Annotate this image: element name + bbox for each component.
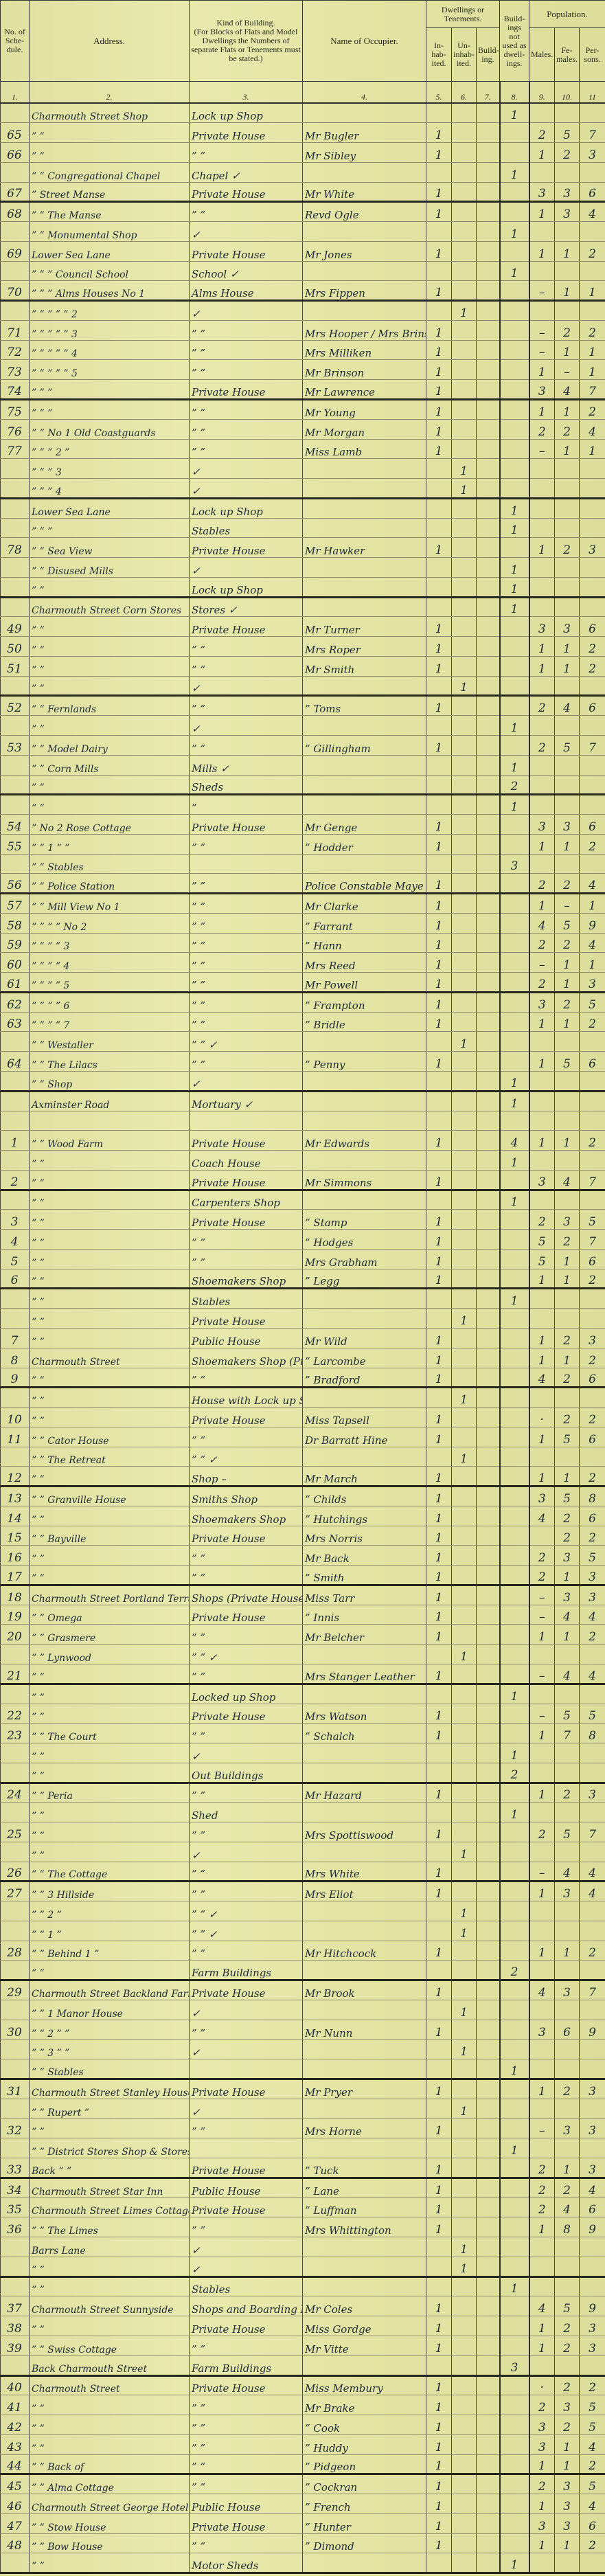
building-cell — [477, 1487, 500, 1506]
persons-cell — [580, 1803, 605, 1822]
males-cell: 3 — [529, 182, 555, 202]
males-cell: 2 — [529, 419, 555, 439]
uninhabited-cell — [452, 1566, 477, 1585]
males-cell: 4 — [529, 1368, 555, 1388]
males-cell: 2 — [529, 1822, 555, 1842]
schedule-number: 10 — [1, 1408, 30, 1427]
inhabited-cell — [426, 518, 452, 538]
building-cell — [477, 498, 500, 518]
building-cell — [477, 1684, 500, 1704]
not-used-cell: 3 — [500, 854, 529, 874]
persons-cell — [580, 162, 605, 182]
table-row: ” ”Shed1 — [1, 1803, 605, 1822]
occupier-name-cell: ” Childs — [303, 1487, 426, 1506]
males-cell: – — [529, 281, 555, 301]
table-row: Barrs Lane✓1 — [1, 2237, 605, 2257]
schedule-number: 61 — [1, 973, 30, 993]
col-num: 9. — [529, 82, 555, 104]
schedule-number: 25 — [1, 1822, 30, 1842]
males-cell — [529, 1111, 555, 1131]
uninhabited-cell — [452, 2158, 477, 2178]
females-cell: 1 — [555, 2454, 580, 2474]
address-cell: ” ” Model Dairy — [30, 736, 190, 756]
persons-cell: 5 — [580, 2474, 605, 2494]
occupier-name-cell: Dr Barratt Hine — [303, 1427, 426, 1447]
females-cell — [555, 1091, 580, 1111]
kind-of-building-cell: Private House — [190, 2079, 303, 2099]
kind-of-building-cell — [190, 1111, 303, 1131]
table-row: ” ” Congregational ChapelChapel ✓1 — [1, 162, 605, 182]
schedule-number: 15 — [1, 1526, 30, 1546]
building-cell — [477, 2375, 500, 2395]
persons-cell — [580, 676, 605, 696]
males-cell: 1 — [529, 1467, 555, 1487]
table-row: 73” ” ” ” ” 5” ”Mr Brinson11–1 — [1, 360, 605, 380]
uninhabited-cell — [452, 1585, 477, 1605]
not-used-cell: 1 — [500, 1803, 529, 1822]
inhabited-cell: 1 — [426, 538, 452, 558]
not-used-cell — [500, 1447, 529, 1467]
males-cell: 4 — [529, 2296, 555, 2316]
table-row: 65” ”Private HouseMr Bugler1257 — [1, 123, 605, 143]
building-cell — [477, 2276, 500, 2296]
inhabited-cell: 1 — [426, 202, 452, 222]
schedule-number: 54 — [1, 815, 30, 835]
building-cell — [477, 953, 500, 973]
table-row: 28” ” Behind 1 ”” ”Mr Hitchcock1112 — [1, 1941, 605, 1961]
kind-of-building-cell: Private House — [190, 182, 303, 202]
persons-cell: 4 — [580, 1862, 605, 1882]
males-cell: 1 — [529, 1012, 555, 1032]
males-cell — [529, 1032, 555, 1052]
occupier-name-cell — [303, 1151, 426, 1171]
not-used-cell — [500, 637, 529, 657]
males-cell — [529, 103, 555, 123]
building-cell — [477, 2237, 500, 2257]
females-cell: 2 — [555, 1230, 580, 1250]
occupier-name-cell — [303, 479, 426, 499]
header-dwellings: Dwellings or Tenements. — [426, 1, 500, 28]
kind-of-building-cell: ” ” — [190, 834, 303, 854]
not-used-cell: 1 — [500, 1091, 529, 1111]
inhabited-cell: 1 — [426, 736, 452, 756]
table-row: ” ” Rupert ”✓1 — [1, 2099, 605, 2119]
uninhabited-cell — [452, 2296, 477, 2316]
building-cell — [477, 1724, 500, 1743]
inhabited-cell — [426, 2355, 452, 2375]
not-used-cell — [500, 143, 529, 163]
kind-of-building-cell: ✓ — [190, 479, 303, 499]
uninhabited-cell — [452, 1803, 477, 1822]
uninhabited-cell — [452, 558, 477, 578]
females-cell: 5 — [555, 123, 580, 143]
uninhabited-cell: 1 — [452, 2099, 477, 2119]
males-cell: 1 — [529, 360, 555, 380]
address-cell: ” ” Monumental Shop — [30, 222, 190, 242]
uninhabited-cell — [452, 1328, 477, 1348]
females-cell: 4 — [555, 696, 580, 716]
building-cell — [477, 696, 500, 716]
building-cell — [477, 913, 500, 933]
address-cell: ” ” — [30, 2257, 190, 2276]
persons-cell: 4 — [580, 419, 605, 439]
kind-of-building-cell: ” ” — [190, 419, 303, 439]
building-cell — [477, 775, 500, 795]
building-cell — [477, 1526, 500, 1546]
building-cell — [477, 1763, 500, 1783]
building-cell — [477, 1427, 500, 1447]
address-cell: ” ” Behind 1 ” — [30, 1941, 190, 1961]
occupier-name-cell: Mr Simmons — [303, 1170, 426, 1190]
males-cell: 2 — [529, 2178, 555, 2197]
persons-cell: 1 — [580, 360, 605, 380]
males-cell — [529, 162, 555, 182]
building-cell — [477, 2099, 500, 2119]
address-cell: ” ” ” 3 — [30, 459, 190, 479]
persons-cell: 4 — [580, 933, 605, 953]
table-row: 31Charmouth Street Stanley HousePrivate … — [1, 2079, 605, 2099]
not-used-cell — [500, 1506, 529, 1526]
persons-cell: 1 — [580, 281, 605, 301]
table-row: 75” ” ”” ”Mr Young1112 — [1, 399, 605, 419]
address-cell: Charmouth Street Limes Cottage — [30, 2197, 190, 2217]
males-cell — [529, 1447, 555, 1467]
schedule-number: 69 — [1, 241, 30, 261]
building-cell — [477, 1328, 500, 1348]
occupier-name-cell: Mrs Grabham — [303, 1249, 426, 1269]
persons-cell — [580, 1091, 605, 1111]
kind-of-building-cell: ✓ — [190, 301, 303, 321]
building-cell — [477, 2316, 500, 2336]
inhabited-cell — [426, 2059, 452, 2079]
inhabited-cell: 1 — [426, 1269, 452, 1289]
males-cell — [529, 459, 555, 479]
kind-of-building-cell: Farm Buildings — [190, 1961, 303, 1980]
persons-cell: 1 — [580, 894, 605, 914]
females-cell — [555, 1032, 580, 1052]
not-used-cell — [500, 2040, 529, 2059]
females-cell — [555, 459, 580, 479]
table-row: 36” ” The Limes” ”Mrs Whittington1189 — [1, 2217, 605, 2237]
males-cell — [529, 1289, 555, 1309]
males-cell: 1 — [529, 202, 555, 222]
inhabited-cell: 1 — [426, 2415, 452, 2435]
females-cell: 5 — [555, 1427, 580, 1447]
table-body: Charmouth Street ShopLock up Shop165” ”P… — [1, 103, 605, 2573]
persons-cell — [580, 1289, 605, 1309]
not-used-cell — [500, 2474, 529, 2494]
persons-cell: 2 — [580, 320, 605, 340]
not-used-cell — [500, 182, 529, 202]
address-cell: ” ” — [30, 1743, 190, 1763]
occupier-name-cell: Mrs Hooper / Mrs Brinson — [303, 320, 426, 340]
not-used-cell: 3 — [500, 2355, 529, 2375]
uninhabited-cell — [452, 2138, 477, 2158]
kind-of-building-cell: Sheds — [190, 775, 303, 795]
kind-of-building-cell: ” ” — [190, 696, 303, 716]
occupier-name-cell: Mr Powell — [303, 973, 426, 993]
uninhabited-cell — [452, 1605, 477, 1625]
schedule-number: 71 — [1, 320, 30, 340]
kind-of-building-cell: ” ” — [190, 1882, 303, 1901]
females-cell — [555, 2276, 580, 2296]
table-row: ” ” 2 ”” ” ✓1 — [1, 1901, 605, 1921]
not-used-cell — [500, 1941, 529, 1961]
males-cell: 1 — [529, 834, 555, 854]
building-cell — [477, 2513, 500, 2533]
col-num: 7. — [477, 82, 500, 104]
males-cell: – — [529, 1704, 555, 1724]
inhabited-cell: 1 — [426, 2375, 452, 2395]
building-cell — [477, 459, 500, 479]
kind-of-building-cell: ” ” — [190, 2336, 303, 2356]
males-cell: 3 — [529, 1170, 555, 1190]
inhabited-cell: 1 — [426, 2217, 452, 2237]
table-row: 17” ”” ”” Smith1213 — [1, 1566, 605, 1585]
females-cell: 1 — [555, 1566, 580, 1585]
persons-cell — [580, 1111, 605, 1131]
females-cell: 2 — [555, 2415, 580, 2435]
occupier-name-cell: ” Smith — [303, 1566, 426, 1585]
inhabited-cell — [426, 479, 452, 499]
table-row: 41” ”” ”Mr Brake1235 — [1, 2395, 605, 2415]
not-used-cell: 1 — [500, 518, 529, 538]
building-cell — [477, 577, 500, 597]
col-num: 10. — [555, 82, 580, 104]
schedule-number: 56 — [1, 874, 30, 894]
occupier-name-cell — [303, 1309, 426, 1329]
not-used-cell — [500, 1921, 529, 1941]
not-used-cell — [500, 2237, 529, 2257]
kind-of-building-cell: House with Lock up Shop (struck) — [190, 1388, 303, 1408]
uninhabited-cell — [452, 2336, 477, 2356]
males-cell — [529, 1190, 555, 1210]
males-cell: 1 — [529, 1328, 555, 1348]
males-cell: 5 — [529, 1230, 555, 1250]
uninhabited-cell — [452, 162, 477, 182]
uninhabited-cell — [452, 696, 477, 716]
inhabited-cell: 1 — [426, 1941, 452, 1961]
kind-of-building-cell: ” ” — [190, 2434, 303, 2454]
occupier-name-cell: Mr Coles — [303, 2296, 426, 2316]
inhabited-cell — [426, 1901, 452, 1921]
schedule-number — [1, 1645, 30, 1664]
occupier-name-cell: ” Bradford — [303, 1368, 426, 1388]
uninhabited-cell — [452, 1467, 477, 1487]
persons-cell — [580, 2355, 605, 2375]
uninhabited-cell — [452, 1072, 477, 1092]
males-cell: – — [529, 320, 555, 340]
persons-cell: 3 — [580, 2316, 605, 2336]
address-cell: ” ” — [30, 676, 190, 696]
females-cell: 2 — [555, 1526, 580, 1546]
schedule-number: 60 — [1, 953, 30, 973]
address-cell: ” ” — [30, 2395, 190, 2415]
schedule-number: 51 — [1, 656, 30, 676]
kind-of-building-cell: ✓ — [190, 1743, 303, 1763]
building-cell — [477, 1743, 500, 1763]
inhabited-cell — [426, 459, 452, 479]
males-cell: 1 — [529, 2217, 555, 2237]
uninhabited-cell — [452, 399, 477, 419]
not-used-cell: 1 — [500, 1289, 529, 1309]
not-used-cell — [500, 360, 529, 380]
males-cell: 1 — [529, 538, 555, 558]
census-table: No. of Sche- dule. Address. Kind of Buil… — [0, 0, 605, 2574]
building-cell — [477, 874, 500, 894]
kind-of-building-cell: ” — [190, 795, 303, 815]
occupier-name-cell — [303, 716, 426, 736]
table-row: 63” ” ” ” 7” ”” Bridle1112 — [1, 1012, 605, 1032]
females-cell: 4 — [555, 380, 580, 400]
table-row: ” ”✓1 — [1, 1743, 605, 1763]
table-row: 20” ” Grasmere” ”Mr Belcher1112 — [1, 1625, 605, 1645]
persons-cell: 6 — [580, 2513, 605, 2533]
inhabited-cell — [426, 2276, 452, 2296]
uninhabited-cell — [452, 1862, 477, 1882]
females-cell: 1 — [555, 1131, 580, 1151]
table-row — [1, 1111, 605, 1131]
kind-of-building-cell: Shoemakers Shop — [190, 1506, 303, 1526]
uninhabited-cell — [452, 2513, 477, 2533]
kind-of-building-cell: Mortuary ✓ — [190, 1091, 303, 1111]
table-row: 37Charmouth Street SunnysideShops and Bo… — [1, 2296, 605, 2316]
address-cell: ” ” — [30, 1684, 190, 1704]
table-row: 8Charmouth StreetShoemakers Shop (Privat… — [1, 1348, 605, 1368]
address-cell: ” ” — [30, 1170, 190, 1190]
females-cell — [555, 1842, 580, 1862]
address-cell: ” ” Bow House — [30, 2533, 190, 2553]
persons-cell: 6 — [580, 815, 605, 835]
uninhabited-cell — [452, 1625, 477, 1645]
schedule-number: 12 — [1, 1467, 30, 1487]
inhabited-cell: 1 — [426, 656, 452, 676]
occupier-name-cell: ” Lane — [303, 2178, 426, 2197]
schedule-number — [1, 1032, 30, 1052]
schedule-number: 62 — [1, 992, 30, 1012]
building-cell — [477, 637, 500, 657]
occupier-name-cell: Mrs Horne — [303, 2119, 426, 2138]
females-cell: 2 — [555, 2336, 580, 2356]
column-numbers: 1. 2. 3. 4. 5. 6. 7. 8. 9. 10. 11 — [1, 82, 605, 104]
uninhabited-cell — [452, 1941, 477, 1961]
address-cell: ” ” Alma Cottage — [30, 2474, 190, 2494]
building-cell — [477, 617, 500, 637]
uninhabited-cell — [452, 380, 477, 400]
persons-cell — [580, 1447, 605, 1467]
schedule-number — [1, 479, 30, 499]
females-cell: 2 — [555, 1368, 580, 1388]
uninhabited-cell: 1 — [452, 301, 477, 321]
table-row: 62” ” ” ” 6” ”” Frampton1325 — [1, 992, 605, 1012]
occupier-name-cell — [303, 261, 426, 281]
persons-cell: 2 — [580, 2375, 605, 2395]
uninhabited-cell — [452, 439, 477, 459]
schedule-number: 17 — [1, 1566, 30, 1585]
address-cell: Charmouth Street Stanley House — [30, 2079, 190, 2099]
schedule-number — [1, 1072, 30, 1092]
females-cell — [555, 755, 580, 775]
persons-cell: 2 — [580, 1269, 605, 1289]
not-used-cell — [500, 1230, 529, 1250]
occupier-name-cell: ” Larcombe — [303, 1348, 426, 1368]
uninhabited-cell — [452, 360, 477, 380]
not-used-cell — [500, 2316, 529, 2336]
schedule-number: 74 — [1, 380, 30, 400]
females-cell: 2 — [555, 2375, 580, 2395]
table-row: ” ””1 — [1, 795, 605, 815]
uninhabited-cell — [452, 143, 477, 163]
females-cell: 1 — [555, 241, 580, 261]
persons-cell — [580, 716, 605, 736]
persons-cell: 5 — [580, 1704, 605, 1724]
females-cell — [555, 1684, 580, 1704]
persons-cell: 5 — [580, 1210, 605, 1230]
persons-cell: 2 — [580, 399, 605, 419]
header-occupier: Name of Occupier. — [303, 1, 426, 82]
schedule-number — [1, 1111, 30, 1131]
females-cell — [555, 1645, 580, 1664]
kind-of-building-cell: ” ” ✓ — [190, 1901, 303, 1921]
uninhabited-cell — [452, 2316, 477, 2336]
males-cell: 2 — [529, 696, 555, 716]
uninhabited-cell — [452, 2474, 477, 2494]
males-cell: 1 — [529, 2079, 555, 2099]
kind-of-building-cell: Shoemakers Shop — [190, 1269, 303, 1289]
schedule-number: 59 — [1, 933, 30, 953]
address-cell: ” ” — [30, 1190, 190, 1210]
uninhabited-cell — [452, 1190, 477, 1210]
not-used-cell — [500, 696, 529, 716]
males-cell: · — [529, 1408, 555, 1427]
building-cell — [477, 2395, 500, 2415]
building-cell — [477, 1842, 500, 1862]
uninhabited-cell: 1 — [452, 1309, 477, 1329]
inhabited-cell: 1 — [426, 1230, 452, 1250]
not-used-cell — [500, 913, 529, 933]
kind-of-building-cell: ” ” — [190, 1783, 303, 1803]
address-cell: ” ” Rupert ” — [30, 2099, 190, 2119]
table-row: Charmouth Street ShopLock up Shop1 — [1, 103, 605, 123]
uninhabited-cell: 1 — [452, 1388, 477, 1408]
inhabited-cell: 1 — [426, 2020, 452, 2040]
inhabited-cell — [426, 795, 452, 815]
table-row: 9” ”” ”” Bradford1426 — [1, 1368, 605, 1388]
table-row: 69Lower Sea LanePrivate HouseMr Jones111… — [1, 241, 605, 261]
table-row: ” ”Motor Sheds1 — [1, 2553, 605, 2573]
kind-of-building-cell: ” ” — [190, 736, 303, 756]
females-cell — [555, 2355, 580, 2375]
females-cell — [555, 597, 580, 617]
persons-cell — [580, 1072, 605, 1092]
building-cell — [477, 2020, 500, 2040]
uninhabited-cell: 1 — [452, 2040, 477, 2059]
uninhabited-cell — [452, 2355, 477, 2375]
schedule-number: 30 — [1, 2020, 30, 2040]
uninhabited-cell — [452, 1724, 477, 1743]
schedule-number: 32 — [1, 2119, 30, 2138]
address-cell: Charmouth Street Sunnyside — [30, 2296, 190, 2316]
not-used-cell: 1 — [500, 1743, 529, 1763]
address-cell: Barrs Lane — [30, 2237, 190, 2257]
occupier-name-cell: ” Farrant — [303, 913, 426, 933]
kind-of-building-cell: ” ” — [190, 1230, 303, 1250]
uninhabited-cell — [452, 933, 477, 953]
persons-cell — [580, 795, 605, 815]
uninhabited-cell — [452, 2020, 477, 2040]
schedule-number: 63 — [1, 1012, 30, 1032]
building-cell — [477, 558, 500, 578]
